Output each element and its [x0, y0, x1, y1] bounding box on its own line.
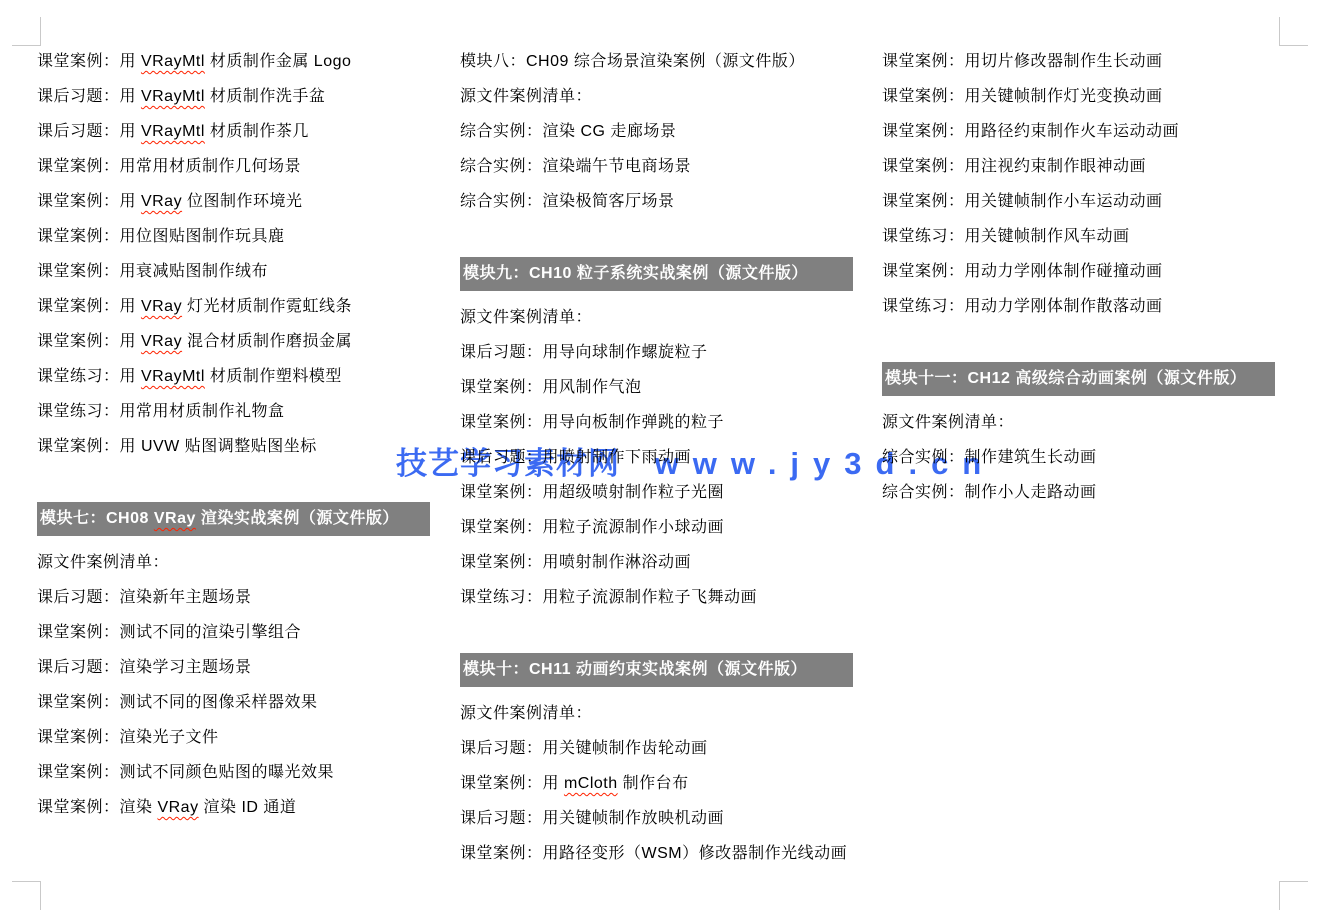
text-segment: 课堂案例：用 [37, 193, 141, 210]
text-segment: 课后习题：用 [37, 88, 141, 105]
list-item: 课堂案例：用路径变形（WSM）修改器制作光线动画 [460, 836, 853, 871]
text-column-middle: 模块八：CH09 综合场景渲染案例（源文件版）源文件案例清单：综合实例：渲染 C… [460, 44, 853, 871]
text-segment: 课堂案例：用 [460, 775, 564, 792]
text-segment: 课堂案例：用 [37, 333, 141, 350]
text-segment: 课后习题：用导向球制作螺旋粒子 [460, 344, 708, 361]
spellcheck-underlined-word: VRay [141, 193, 182, 210]
list-item: 源文件案例清单： [37, 545, 430, 580]
spellcheck-underlined-word: VRayMtl [141, 88, 205, 105]
text-segment: 课堂案例：测试不同颜色贴图的曝光效果 [37, 764, 334, 781]
text-segment: 课堂案例：用位图贴图制作玩具鹿 [37, 228, 285, 245]
text-segment: 综合实例：渲染端午节电商场景 [460, 158, 691, 175]
list-item: 课堂案例：用喷射制作淋浴动画 [460, 545, 853, 580]
text-segment: 源文件案例清单： [37, 554, 169, 571]
list-item: 课后习题：用 VRayMtl 材质制作洗手盆 [37, 79, 430, 114]
list-item: 课堂案例：用粒子流源制作小球动画 [460, 510, 853, 545]
text-segment: 综合实例：制作小人走路动画 [882, 484, 1097, 501]
list-item: 源文件案例清单： [460, 300, 853, 335]
text-segment: 课堂案例：用粒子流源制作小球动画 [460, 519, 724, 536]
section-header: 模块十：CH11 动画约束实战案例（源文件版） [460, 653, 853, 687]
crop-mark-top-right [1279, 17, 1308, 46]
list-item: 课堂练习：用关键帧制作风车动画 [882, 219, 1275, 254]
text-segment: 模块十一：CH12 高级综合动画案例（源文件版） [885, 370, 1246, 387]
spellcheck-underlined-word: mCloth [564, 775, 618, 792]
list-item: 课堂案例：测试不同颜色贴图的曝光效果 [37, 755, 430, 790]
text-segment: 模块九：CH10 粒子系统实战案例（源文件版） [463, 265, 808, 282]
text-segment: 模块七：CH08 [40, 510, 154, 527]
crop-mark-bottom-left [12, 881, 41, 910]
list-item: 课堂案例：用注视约束制作眼神动画 [882, 149, 1275, 184]
list-item: 源文件案例清单： [882, 405, 1275, 440]
list-item: 课堂案例：用 UVW 贴图调整贴图坐标 [37, 429, 430, 464]
text-segment: 课堂案例：用常用材质制作几何场景 [37, 158, 301, 175]
list-item: 课堂案例：用动力学刚体制作碰撞动画 [882, 254, 1275, 289]
list-item: 课堂练习：用动力学刚体制作散落动画 [882, 289, 1275, 324]
text-segment: 课后习题：用关键帧制作放映机动画 [460, 810, 724, 827]
text-segment: 渲染实战案例（源文件版） [196, 510, 399, 527]
list-item: 课堂练习：用常用材质制作礼物盒 [37, 394, 430, 429]
crop-mark-top-left [12, 17, 41, 46]
list-item: 课堂练习：用粒子流源制作粒子飞舞动画 [460, 580, 853, 615]
list-item: 源文件案例清单： [460, 79, 853, 114]
text-segment: 课堂案例：用喷射制作淋浴动画 [460, 554, 691, 571]
text-segment: 课堂案例：用关键帧制作小车运动动画 [882, 193, 1163, 210]
text-segment: 材质制作金属 Logo [205, 53, 352, 70]
text-segment: 模块八：CH09 综合场景渲染案例（源文件版） [460, 53, 805, 70]
list-item: 课后习题：用导向球制作螺旋粒子 [460, 335, 853, 370]
text-segment: 综合实例：渲染极简客厅场景 [460, 193, 675, 210]
text-segment: 课堂练习：用 [37, 368, 141, 385]
list-item: 课堂案例：用关键帧制作灯光变换动画 [882, 79, 1275, 114]
text-segment: 课堂案例：用动力学刚体制作碰撞动画 [882, 263, 1163, 280]
list-item: 课堂案例：用 VRay 混合材质制作磨损金属 [37, 324, 430, 359]
list-item: 综合实例：制作建筑生长动画 [882, 440, 1275, 475]
list-item: 课后习题：渲染学习主题场景 [37, 650, 430, 685]
text-segment: 课堂案例：用路径变形（WSM）修改器制作光线动画 [460, 845, 847, 862]
text-segment: 课堂练习：用粒子流源制作粒子飞舞动画 [460, 589, 757, 606]
list-item: 课堂案例：用超级喷射制作粒子光圈 [460, 475, 853, 510]
text-segment: 材质制作洗手盆 [205, 88, 325, 105]
list-item: 课后习题：用关键帧制作齿轮动画 [460, 731, 853, 766]
document-page: 技艺学习素材网 www.jy3d.cn 课堂案例：用 VRayMtl 材质制作金… [0, 0, 1319, 923]
text-segment: 课堂案例：用导向板制作弹跳的粒子 [460, 414, 724, 431]
list-item: 课堂案例：渲染光子文件 [37, 720, 430, 755]
text-segment: 混合材质制作磨损金属 [182, 333, 352, 350]
text-segment: 课堂案例：用超级喷射制作粒子光圈 [460, 484, 724, 501]
text-segment: 源文件案例清单： [460, 309, 592, 326]
text-segment: 课堂案例：测试不同的图像采样器效果 [37, 694, 318, 711]
list-item: 课堂案例：用路径约束制作火车运动动画 [882, 114, 1275, 149]
list-item: 课堂案例：用切片修改器制作生长动画 [882, 44, 1275, 79]
text-segment: 制作台布 [618, 775, 689, 792]
text-segment: 课堂案例：渲染 [37, 799, 157, 816]
list-item: 课后习题：用喷射制作下雨动画 [460, 440, 853, 475]
spellcheck-underlined-word: VRay [154, 510, 196, 527]
list-item: 课堂案例：用导向板制作弹跳的粒子 [460, 405, 853, 440]
list-item: 综合实例：渲染 CG 走廊场景 [460, 114, 853, 149]
spellcheck-underlined-word: VRay [141, 333, 182, 350]
text-segment: 灯光材质制作霓虹线条 [182, 298, 352, 315]
text-segment: 课堂练习：用常用材质制作礼物盒 [37, 403, 285, 420]
spellcheck-underlined-word: VRayMtl [141, 53, 205, 70]
text-column-left: 课堂案例：用 VRayMtl 材质制作金属 Logo课后习题：用 VRayMtl… [37, 44, 430, 825]
text-segment: 课堂案例：渲染光子文件 [37, 729, 219, 746]
text-segment: 模块十：CH11 动画约束实战案例（源文件版） [463, 661, 807, 678]
list-item: 课堂案例：测试不同的渲染引擎组合 [37, 615, 430, 650]
text-segment: 课后习题：用 [37, 123, 141, 140]
list-item: 课堂案例：用常用材质制作几何场景 [37, 149, 430, 184]
text-segment: 综合实例：渲染 CG 走廊场景 [460, 123, 676, 140]
list-item: 课后习题：渲染新年主题场景 [37, 580, 430, 615]
list-item: 综合实例：制作小人走路动画 [882, 475, 1275, 510]
section-header: 模块七：CH08 VRay 渲染实战案例（源文件版） [37, 502, 430, 536]
text-segment: 综合实例：制作建筑生长动画 [882, 449, 1097, 466]
text-segment: 课堂案例：用切片修改器制作生长动画 [882, 53, 1163, 70]
list-item: 综合实例：渲染极简客厅场景 [460, 184, 853, 219]
section-header: 模块十一：CH12 高级综合动画案例（源文件版） [882, 362, 1275, 396]
text-segment: 位图制作环境光 [182, 193, 302, 210]
spellcheck-underlined-word: VRay [157, 799, 198, 816]
text-segment: 材质制作茶几 [205, 123, 309, 140]
text-segment: 课堂案例：用衰减贴图制作绒布 [37, 263, 268, 280]
text-segment: 课堂案例：用 UVW 贴图调整贴图坐标 [37, 438, 317, 455]
text-segment: 课堂案例：用 [37, 298, 141, 315]
text-segment: 课堂案例：用风制作气泡 [460, 379, 642, 396]
list-item: 综合实例：渲染端午节电商场景 [460, 149, 853, 184]
text-segment: 源文件案例清单： [460, 88, 592, 105]
list-item: 课堂案例：用位图贴图制作玩具鹿 [37, 219, 430, 254]
list-item: 模块八：CH09 综合场景渲染案例（源文件版） [460, 44, 853, 79]
list-item: 课堂案例：用 VRay 位图制作环境光 [37, 184, 430, 219]
text-segment: 课后习题：用关键帧制作齿轮动画 [460, 740, 708, 757]
list-item: 课堂案例：测试不同的图像采样器效果 [37, 685, 430, 720]
text-segment: 源文件案例清单： [882, 414, 1014, 431]
list-item: 课堂案例：用关键帧制作小车运动动画 [882, 184, 1275, 219]
text-segment: 课后习题：渲染新年主题场景 [37, 589, 252, 606]
spellcheck-underlined-word: VRay [141, 298, 182, 315]
list-item: 课堂练习：用 VRayMtl 材质制作塑料模型 [37, 359, 430, 394]
section-header: 模块九：CH10 粒子系统实战案例（源文件版） [460, 257, 853, 291]
list-item: 课堂案例：用 mCloth 制作台布 [460, 766, 853, 801]
spellcheck-underlined-word: VRayMtl [141, 368, 205, 385]
text-segment: 材质制作塑料模型 [205, 368, 342, 385]
text-segment: 课堂案例：用关键帧制作灯光变换动画 [882, 88, 1163, 105]
list-item: 课堂案例：用衰减贴图制作绒布 [37, 254, 430, 289]
crop-mark-bottom-right [1279, 881, 1308, 910]
list-item: 课后习题：用关键帧制作放映机动画 [460, 801, 853, 836]
text-segment: 渲染 ID 通道 [199, 799, 297, 816]
text-segment: 课堂案例：用路径约束制作火车运动动画 [882, 123, 1179, 140]
text-segment: 课堂练习：用动力学刚体制作散落动画 [882, 298, 1163, 315]
text-segment: 课堂案例：测试不同的渲染引擎组合 [37, 624, 301, 641]
list-item: 课堂案例：用 VRayMtl 材质制作金属 Logo [37, 44, 430, 79]
text-segment: 课后习题：用喷射制作下雨动画 [460, 449, 691, 466]
list-item: 课堂案例：渲染 VRay 渲染 ID 通道 [37, 790, 430, 825]
spellcheck-underlined-word: VRayMtl [141, 123, 205, 140]
list-item: 课堂案例：用 VRay 灯光材质制作霓虹线条 [37, 289, 430, 324]
list-item: 源文件案例清单： [460, 696, 853, 731]
text-column-right: 课堂案例：用切片修改器制作生长动画课堂案例：用关键帧制作灯光变换动画课堂案例：用… [882, 44, 1275, 510]
text-segment: 源文件案例清单： [460, 705, 592, 722]
text-segment: 课后习题：渲染学习主题场景 [37, 659, 252, 676]
text-segment: 课堂练习：用关键帧制作风车动画 [882, 228, 1130, 245]
list-item: 课堂案例：用风制作气泡 [460, 370, 853, 405]
text-segment: 课堂案例：用 [37, 53, 141, 70]
text-segment: 课堂案例：用注视约束制作眼神动画 [882, 158, 1146, 175]
list-item: 课后习题：用 VRayMtl 材质制作茶几 [37, 114, 430, 149]
